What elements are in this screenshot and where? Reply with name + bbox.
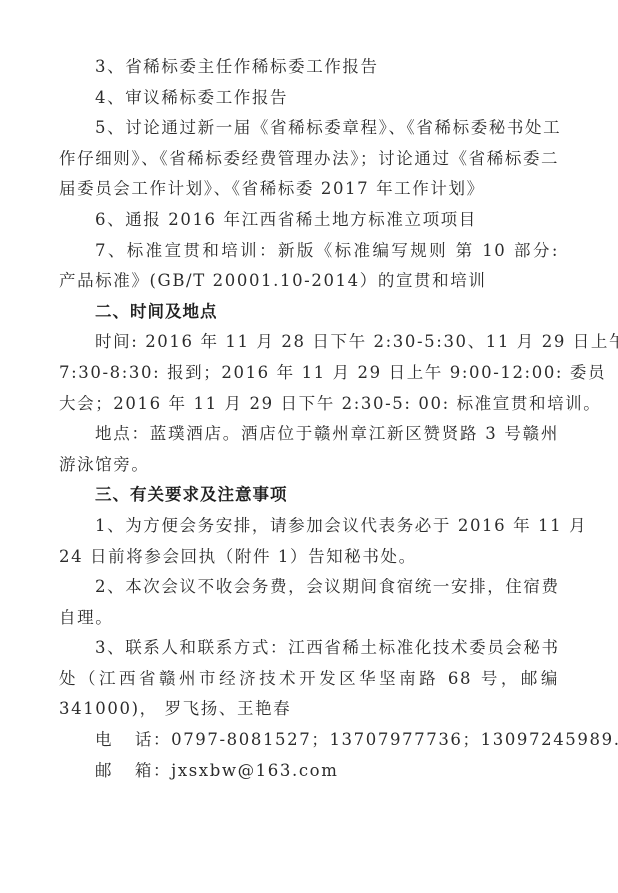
- agenda-item-5-line-1: 5、讨论通过新一届《省稀标委章程》、《省稀标委秘书处工: [59, 113, 559, 144]
- agenda-item-7-line-2: 产品标准》(GB/T 20001.10-2014）的宣贯和培训: [59, 266, 559, 297]
- requirement-2-line-1: 2、本次会议不收会务费，会议期间食宿统一安排，住宿费: [59, 572, 559, 603]
- agenda-item-5-line-2: 作仔细则》、《省稀标委经费管理办法》；讨论通过《省稀标委二: [59, 144, 559, 175]
- section-heading-requirements: 三、有关要求及注意事项: [59, 480, 559, 511]
- agenda-item-3: 3、省稀标委主任作稀标委工作报告: [59, 52, 559, 83]
- time-line-3: 大会；2016 年 11 月 29 日下午 2:30-5: 00: 标准宣贯和培…: [59, 389, 559, 420]
- place-line-2: 游泳馆旁。: [59, 450, 559, 481]
- section-heading-time-place: 二、时间及地点: [59, 297, 559, 328]
- requirement-3-line-1: 3、联系人和联系方式：江西省稀土标准化技术委员会秘书: [59, 633, 559, 664]
- time-line-2: 7:30-8:30: 报到；2016 年 11 月 29 日上午 9:00-12…: [59, 358, 559, 389]
- document-page: 3、省稀标委主任作稀标委工作报告 4、审议稀标委工作报告 5、讨论通过新一届《省…: [59, 52, 559, 786]
- email-value: ：jxsxbw@163.com: [153, 761, 338, 780]
- phone-value: ：0797-8081527；13707977736；13097245989.: [153, 730, 618, 749]
- place-line-1: 地点：蓝璞酒店。酒店位于赣州章江新区赞贤路 3 号赣州: [59, 419, 559, 450]
- requirement-3-line-2: 处（江西省赣州市经济技术开发区华坚南路 68 号，邮编: [59, 664, 559, 695]
- contact-email: 邮箱：jxsxbw@163.com: [59, 756, 559, 787]
- agenda-item-5-line-3: 届委员会工作计划》、《省稀标委 2017 年工作计划》: [59, 174, 559, 205]
- requirement-1-line-1: 1、为方便会务安排，请参加会议代表务必于 2016 年 11 月: [59, 511, 559, 542]
- phone-label: 电话: [95, 725, 153, 756]
- email-label: 邮箱: [95, 756, 153, 787]
- agenda-item-7-line-1: 7、标准宣贯和培训：新版《标准编写规则 第 10 部分:: [59, 236, 559, 267]
- requirement-3-line-3: 341000)， 罗飞扬、王艳春: [59, 694, 559, 725]
- contact-phone: 电话：0797-8081527；13707977736；13097245989.: [59, 725, 559, 756]
- agenda-item-4: 4、审议稀标委工作报告: [59, 83, 559, 114]
- requirement-2-line-2: 自理。: [59, 603, 559, 634]
- agenda-item-6: 6、通报 2016 年江西省稀土地方标准立项项目: [59, 205, 559, 236]
- time-line-1: 时间: 2016 年 11 月 28 日下午 2:30-5:30、11 月 29…: [59, 327, 559, 358]
- requirement-1-line-2: 24 日前将参会回执（附件 1）告知秘书处。: [59, 542, 559, 573]
